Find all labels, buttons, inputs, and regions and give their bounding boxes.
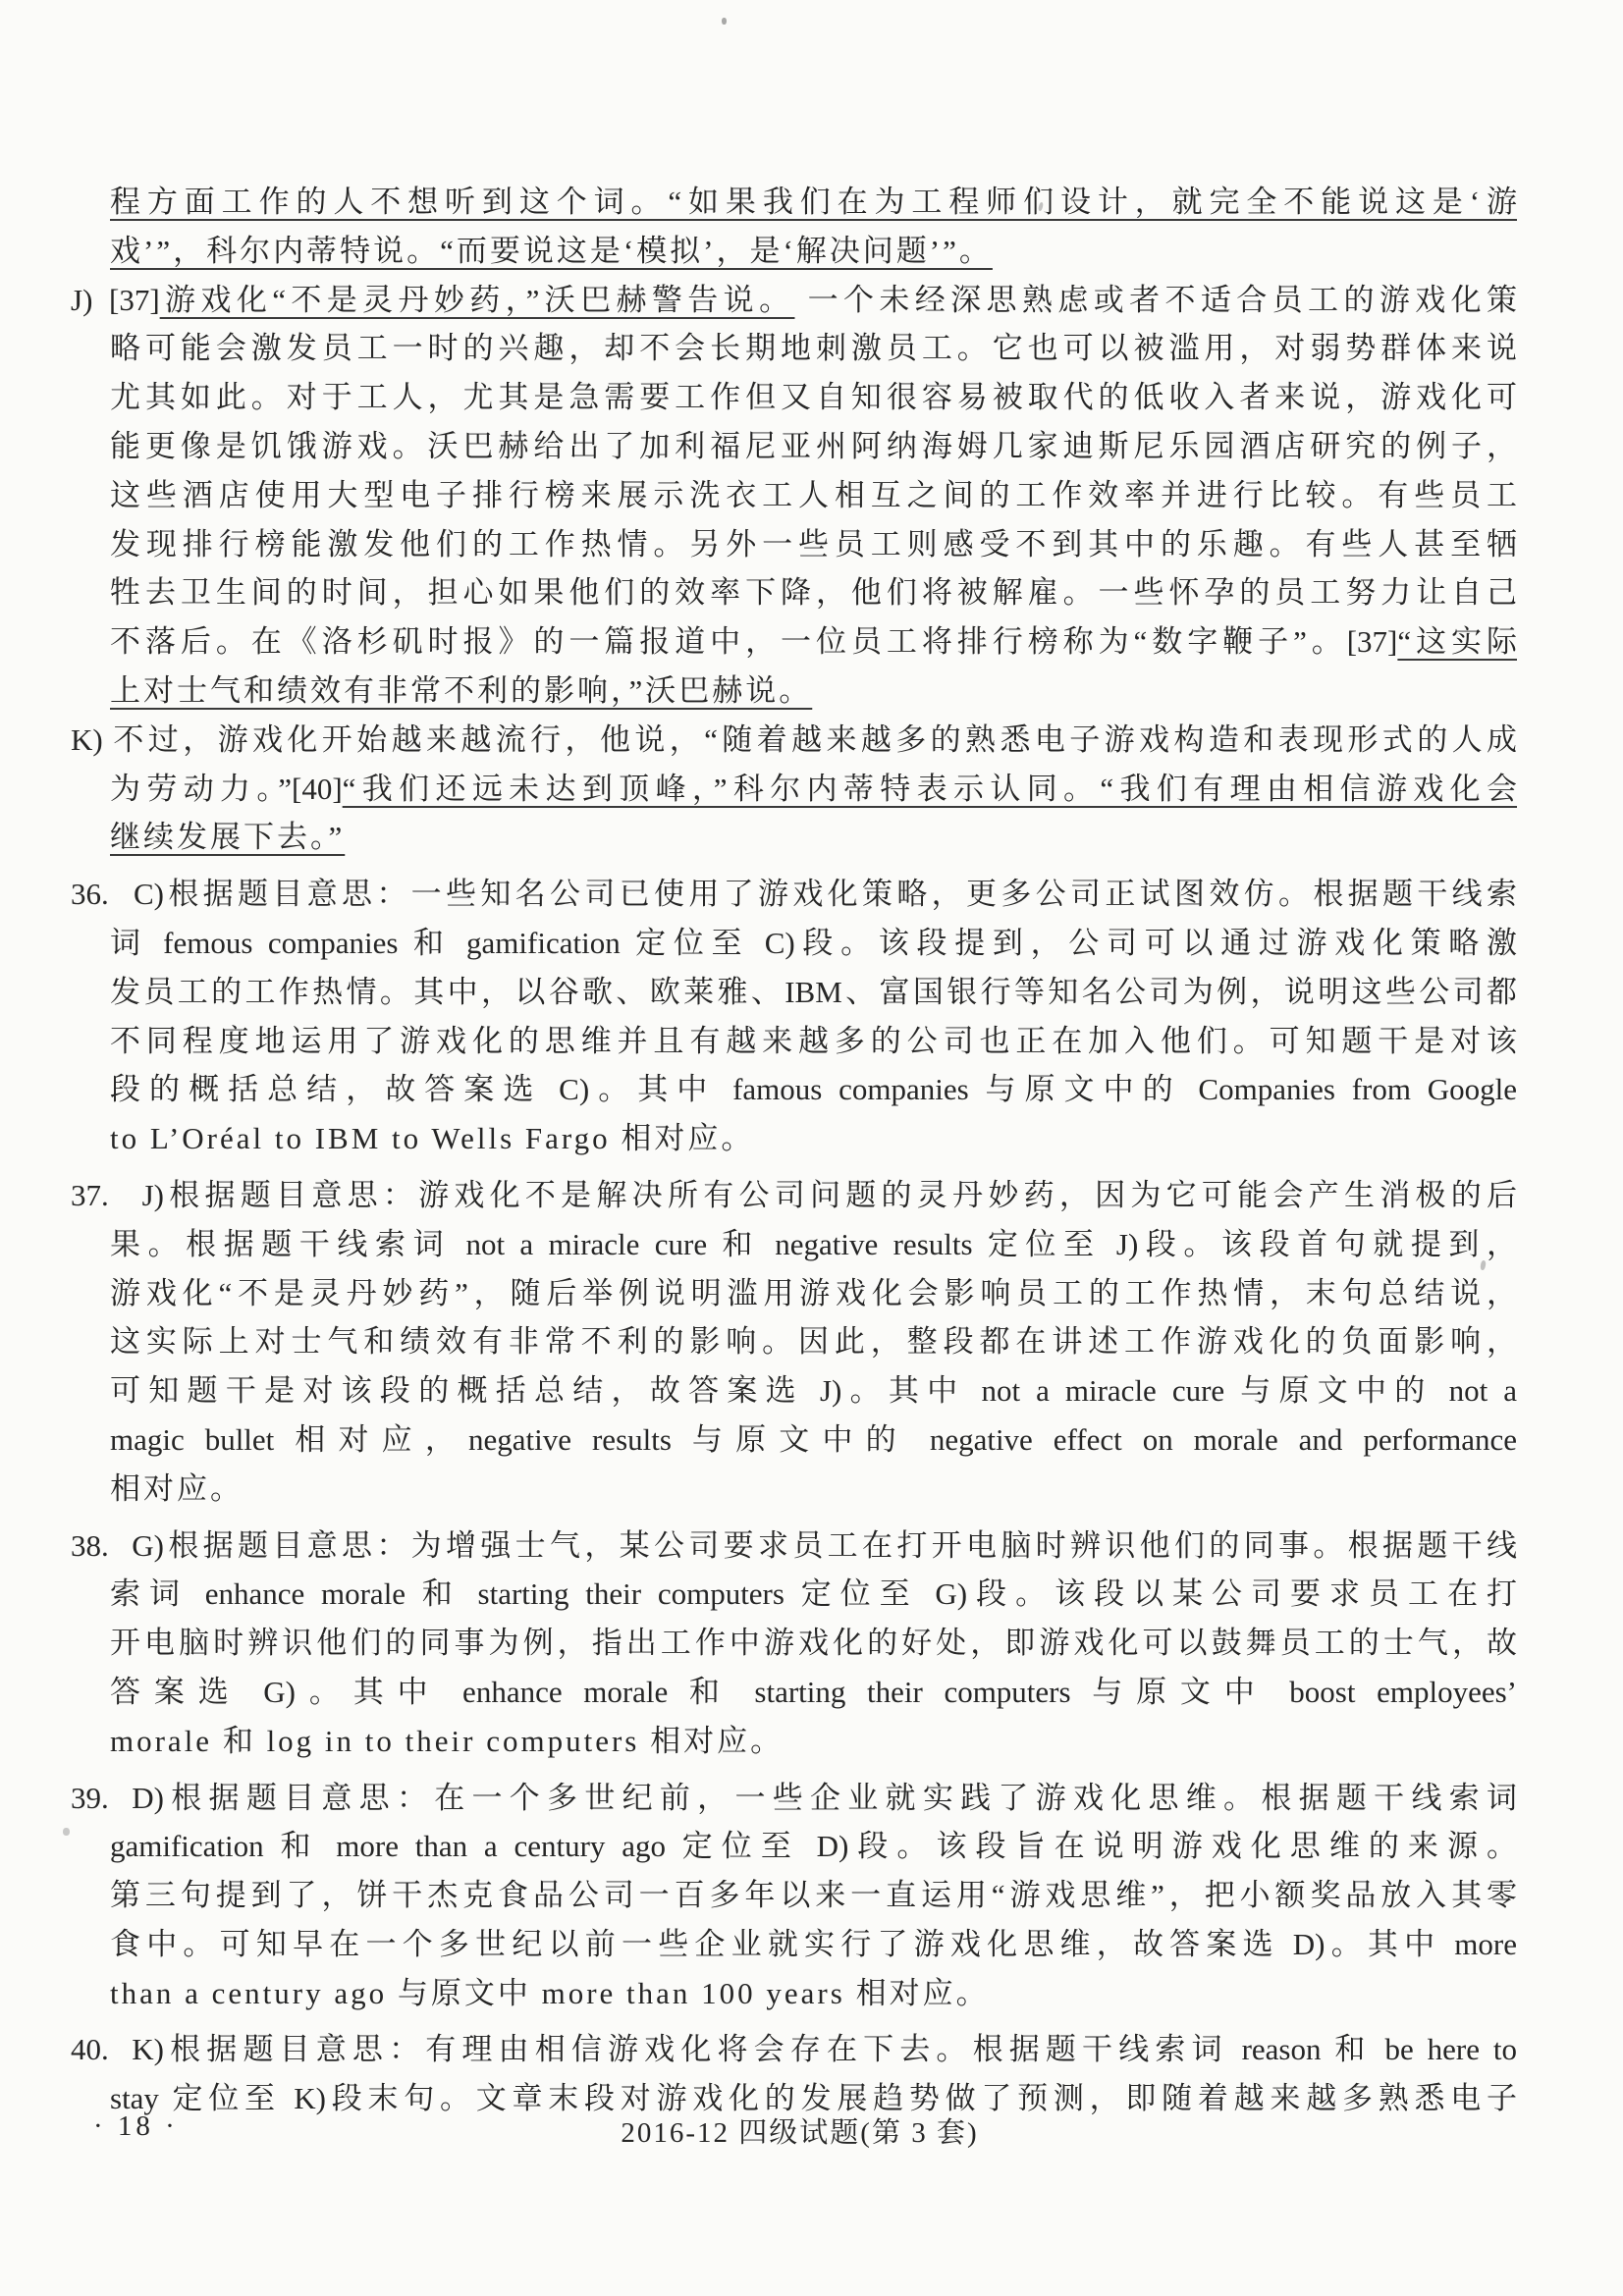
- text-segment: than a century ago 与原文中 more than 100 ye…: [110, 1976, 990, 2010]
- text-segment: to L’Oréal to IBM to Wells Fargo 相对应。: [110, 1121, 754, 1155]
- text-line: to L’Oréal to IBM to Wells Fargo 相对应。: [110, 1114, 1517, 1163]
- text-segment: 答案选 G)。其中 enhance morale 和 starting thei…: [110, 1675, 1517, 1709]
- paragraph-marker: 36. C): [71, 870, 164, 919]
- content: 程方面工作的人不想听到这个词。“如果我们在为工程师们设计，就完全不能说这是‘游戏…: [110, 178, 1517, 2123]
- text-segment: 一个未经深思熟虑或者不适合员工的游戏化策: [794, 283, 1517, 317]
- text-line: than a century ago 与原文中 more than 100 ye…: [110, 1969, 1517, 2018]
- paragraph-marker: 39. D): [71, 1774, 164, 1823]
- text-line: 36. C)根据题目意思：一些知名公司已使用了游戏化策略，更多公司正试图效仿。根…: [71, 870, 1517, 919]
- text-line: 相对应。: [110, 1465, 1517, 1514]
- text-segment: 为劳动力。”[40]: [110, 772, 343, 806]
- paragraph-marker: K): [71, 716, 109, 765]
- text-segment: 段的概括总结，故答案选 C)。其中 famous companies 与原文中的…: [110, 1072, 1517, 1106]
- text-segment: 这实际上对士气和绩效有非常不利的影响。因此，整段都在讲述工作游戏化的负面影响，: [110, 1324, 1517, 1359]
- paragraph-marker: 38. G): [71, 1522, 164, 1571]
- text-line: 不同程度地运用了游戏化的思维并且有越来越多的公司也正在加入他们。可知题干是对该: [110, 1017, 1517, 1066]
- underlined-text: 上对士气和绩效有非常不利的影响，”沃巴赫说。: [110, 673, 812, 708]
- text-segment: morale 和 log in to their computers 相对应。: [110, 1724, 784, 1758]
- underlined-text: 游戏化“不是灵丹妙药，”沃巴赫警告说。: [160, 283, 795, 317]
- text-segment: 能更像是饥饿游戏。沃巴赫给出了加利福尼亚州阿纳海姆几家迪斯尼乐园酒店研究的例子，: [110, 429, 1517, 463]
- text-line: J)[37]游戏化“不是灵丹妙药，”沃巴赫警告说。 一个未经深思熟虑或者不适合员…: [71, 276, 1517, 325]
- paragraph-marker: 37. J): [71, 1171, 164, 1220]
- text-segment: [37]: [109, 283, 160, 317]
- text-line: 尤其如此。对于工人，尤其是急需要工作但又自知很容易被取代的低收入者来说，游戏化可: [110, 373, 1517, 422]
- footer-title: 2016-12 四级试题(第 3 套): [0, 2110, 1611, 2151]
- underlined-text: 继续发展下去。”: [110, 820, 345, 854]
- paragraph-marker: 40. K): [71, 2025, 164, 2074]
- text-line: 不落后。在《洛杉矶时报》的一篇报道中，一位员工将排行榜称为“数字鞭子”。[37]…: [110, 617, 1517, 667]
- paragraph: K)不过，游戏化开始越来越流行，他说，“随着越来越多的熟悉电子游戏构造和表现形式…: [110, 716, 1517, 862]
- text-line: 开电脑时辨识他们的同事为例，指出工作中游戏化的好处，即游戏化可以鼓舞员工的士气，…: [110, 1619, 1517, 1668]
- underlined-text: “这实际: [1397, 624, 1517, 659]
- text-line: 牲去卫生间的时间，担心如果他们的效率下降，他们将被解雇。一些怀孕的员工努力让自己: [110, 568, 1517, 617]
- text-segment: 果。根据题干线索词 not a miracle cure 和 negative …: [110, 1227, 1517, 1261]
- text-line: 继续发展下去。”: [110, 813, 1517, 862]
- text-line: 发员工的工作热情。其中，以谷歌、欧莱雅、IBM、富国银行等知名公司为例，说明这些…: [110, 968, 1517, 1017]
- text-segment: 不同程度地运用了游戏化的思维并且有越来越多的公司也正在加入他们。可知题干是对该: [110, 1024, 1517, 1058]
- text-line: 发现排行榜能激发他们的工作热情。另外一些员工则感受不到其中的乐趣。有些人甚至牺: [110, 520, 1517, 569]
- text-segment: 不落后。在《洛杉矶时报》的一篇报道中，一位员工将排行榜称为“数字鞭子”。[37]: [110, 624, 1397, 659]
- text-line: morale 和 log in to their computers 相对应。: [110, 1717, 1517, 1766]
- underlined-text: 程方面工作的人不想听到这个词。“如果我们在为工程师们设计，就完全不能说这是‘游: [110, 185, 1517, 219]
- text-segment: 相对应。: [110, 1471, 243, 1506]
- text-segment: 根据题目意思：游戏化不是解决所有公司问题的灵丹妙药，因为它可能会产生消极的后: [164, 1178, 1517, 1212]
- text-line: K)不过，游戏化开始越来越流行，他说，“随着越来越多的熟悉电子游戏构造和表现形式…: [71, 716, 1517, 765]
- scan-artifact: [63, 1828, 70, 1836]
- text-line: 索词 enhance morale 和 starting their compu…: [110, 1570, 1517, 1619]
- text-line: 这实际上对士气和绩效有非常不利的影响。因此，整段都在讲述工作游戏化的负面影响，: [110, 1317, 1517, 1366]
- answer-item: 40. K)根据题目意思：有理由相信游戏化将会存在下去。根据题干线索词 reas…: [110, 2025, 1517, 2123]
- text-segment: 词 femous companies 和 gamification 定位至 C)…: [110, 926, 1517, 960]
- text-segment: 第三句提到了，饼干杰克食品公司一百多年以来一直运用“游戏思维”，把小额奖品放入其…: [110, 1878, 1517, 1912]
- text-line: 第三句提到了，饼干杰克食品公司一百多年以来一直运用“游戏思维”，把小额奖品放入其…: [110, 1871, 1517, 1920]
- text-segment: 尤其如此。对于工人，尤其是急需要工作但又自知很容易被取代的低收入者来说，游戏化可: [110, 380, 1517, 414]
- answer-item: 37. J)根据题目意思：游戏化不是解决所有公司问题的灵丹妙药，因为它可能会产生…: [110, 1171, 1517, 1514]
- text-segment: 发员工的工作热情。其中，以谷歌、欧莱雅、IBM、富国银行等知名公司为例，说明这些…: [110, 975, 1517, 1009]
- text-line: 40. K)根据题目意思：有理由相信游戏化将会存在下去。根据题干线索词 reas…: [71, 2025, 1517, 2074]
- text-segment: 不过，游戏化开始越来越流行，他说，“随着越来越多的熟悉电子游戏构造和表现形式的人…: [109, 722, 1517, 757]
- text-segment: 开电脑时辨识他们的同事为例，指出工作中游戏化的好处，即游戏化可以鼓舞员工的士气，…: [110, 1626, 1517, 1660]
- scanned-page-body: { "document": { "footer": { "page_number…: [0, 0, 1623, 2296]
- text-segment: 根据题目意思：一些知名公司已使用了游戏化策略，更多公司正试图效仿。根据题干线索: [164, 877, 1517, 911]
- text-segment: 根据题目意思：为增强士气，某公司要求员工在打开电脑时辨识他们的同事。根据题干线: [164, 1528, 1517, 1563]
- text-line: 可知题干是对该段的概括总结，故答案选 J)。其中 not a miracle c…: [110, 1366, 1517, 1415]
- text-line: 略可能会激发员工一时的兴趣，却不会长期地刺激员工。它也可以被滥用，对弱势群体来说: [110, 324, 1517, 373]
- text-line: 游戏化“不是灵丹妙药”，随后举例说明滥用游戏化会影响员工的工作热情，末句总结说，: [110, 1269, 1517, 1318]
- text-segment: 发现排行榜能激发他们的工作热情。另外一些员工则感受不到其中的乐趣。有些人甚至牺: [110, 527, 1517, 561]
- paragraph: 程方面工作的人不想听到这个词。“如果我们在为工程师们设计，就完全不能说这是‘游戏…: [110, 178, 1517, 276]
- text-line: 为劳动力。”[40]“我们还远未达到顶峰，”科尔内蒂特表示认同。“我们有理由相信…: [110, 765, 1517, 814]
- text-line: 戏’”，科尔内蒂特说。“而要说这是‘模拟’，是‘解决问题’”。: [110, 227, 1517, 276]
- text-line: magic bullet 相对应，negative results 与原文中的 …: [110, 1415, 1517, 1465]
- text-segment: gamification 和 more than a century ago 定…: [110, 1829, 1517, 1863]
- underlined-text: “我们还远未达到顶峰，”科尔内蒂特表示认同。“我们有理由相信游戏化会: [343, 772, 1517, 806]
- answer-item: 36. C)根据题目意思：一些知名公司已使用了游戏化策略，更多公司正试图效仿。根…: [110, 870, 1517, 1163]
- text-line: 39. D)根据题目意思：在一个多世纪前，一些企业就实践了游戏化思维。根据题干线…: [71, 1774, 1517, 1823]
- paragraph-marker: J): [71, 276, 109, 325]
- text-line: 38. G)根据题目意思：为增强士气，某公司要求员工在打开电脑时辨识他们的同事。…: [71, 1522, 1517, 1571]
- text-line: 食中。可知早在一个多世纪以前一些企业就实行了游戏化思维，故答案选 D)。其中 m…: [110, 1920, 1517, 1969]
- text-line: 能更像是饥饿游戏。沃巴赫给出了加利福尼亚州阿纳海姆几家迪斯尼乐园酒店研究的例子，: [110, 422, 1517, 471]
- text-segment: 游戏化“不是灵丹妙药”，随后举例说明滥用游戏化会影响员工的工作热情，末句总结说，: [110, 1276, 1517, 1310]
- text-line: 37. J)根据题目意思：游戏化不是解决所有公司问题的灵丹妙药，因为它可能会产生…: [71, 1171, 1517, 1220]
- text-line: 果。根据题干线索词 not a miracle cure 和 negative …: [110, 1220, 1517, 1269]
- text-line: 词 femous companies 和 gamification 定位至 C)…: [110, 919, 1517, 968]
- text-segment: magic bullet 相对应，negative results 与原文中的 …: [110, 1422, 1517, 1457]
- scan-artifact: [722, 18, 727, 25]
- text-segment: 这些酒店使用大型电子排行榜来展示洗衣工人相互之间的工作效率并进行比较。有些员工: [110, 478, 1517, 512]
- page: 程方面工作的人不想听到这个词。“如果我们在为工程师们设计，就完全不能说这是‘游戏…: [0, 0, 1623, 2296]
- text-line: 答案选 G)。其中 enhance morale 和 starting thei…: [110, 1668, 1517, 1717]
- underlined-text: 戏’”，科尔内蒂特说。“而要说这是‘模拟’，是‘解决问题’”。: [110, 234, 993, 268]
- text-line: 上对士气和绩效有非常不利的影响，”沃巴赫说。: [110, 667, 1517, 716]
- text-line: 段的概括总结，故答案选 C)。其中 famous companies 与原文中的…: [110, 1065, 1517, 1114]
- answer-item: 38. G)根据题目意思：为增强士气，某公司要求员工在打开电脑时辨识他们的同事。…: [110, 1522, 1517, 1766]
- text-line: gamification 和 more than a century ago 定…: [110, 1822, 1517, 1871]
- paragraph: J)[37]游戏化“不是灵丹妙药，”沃巴赫警告说。 一个未经深思熟虑或者不适合员…: [110, 276, 1517, 716]
- text-segment: 根据题目意思：在一个多世纪前，一些企业就实践了游戏化思维。根据题干线索词: [164, 1781, 1517, 1815]
- text-segment: 可知题干是对该段的概括总结，故答案选 J)。其中 not a miracle c…: [110, 1373, 1517, 1408]
- footer: · 18 · 2016-12 四级试题(第 3 套): [0, 2110, 1623, 2150]
- text-segment: 根据题目意思：有理由相信游戏化将会存在下去。根据题干线索词 reason 和 b…: [164, 2032, 1517, 2066]
- text-segment: 牲去卫生间的时间，担心如果他们的效率下降，他们将被解雇。一些怀孕的员工努力让自己: [110, 575, 1517, 610]
- text-segment: 索词 enhance morale 和 starting their compu…: [110, 1576, 1517, 1611]
- answer-item: 39. D)根据题目意思：在一个多世纪前，一些企业就实践了游戏化思维。根据题干线…: [110, 1774, 1517, 2018]
- text-segment: 食中。可知早在一个多世纪以前一些企业就实行了游戏化思维，故答案选 D)。其中 m…: [110, 1927, 1517, 1961]
- text-line: 这些酒店使用大型电子排行榜来展示洗衣工人相互之间的工作效率并进行比较。有些员工: [110, 471, 1517, 520]
- text-segment: 略可能会激发员工一时的兴趣，却不会长期地刺激员工。它也可以被滥用，对弱势群体来说: [110, 331, 1517, 365]
- text-line: 程方面工作的人不想听到这个词。“如果我们在为工程师们设计，就完全不能说这是‘游: [110, 178, 1517, 227]
